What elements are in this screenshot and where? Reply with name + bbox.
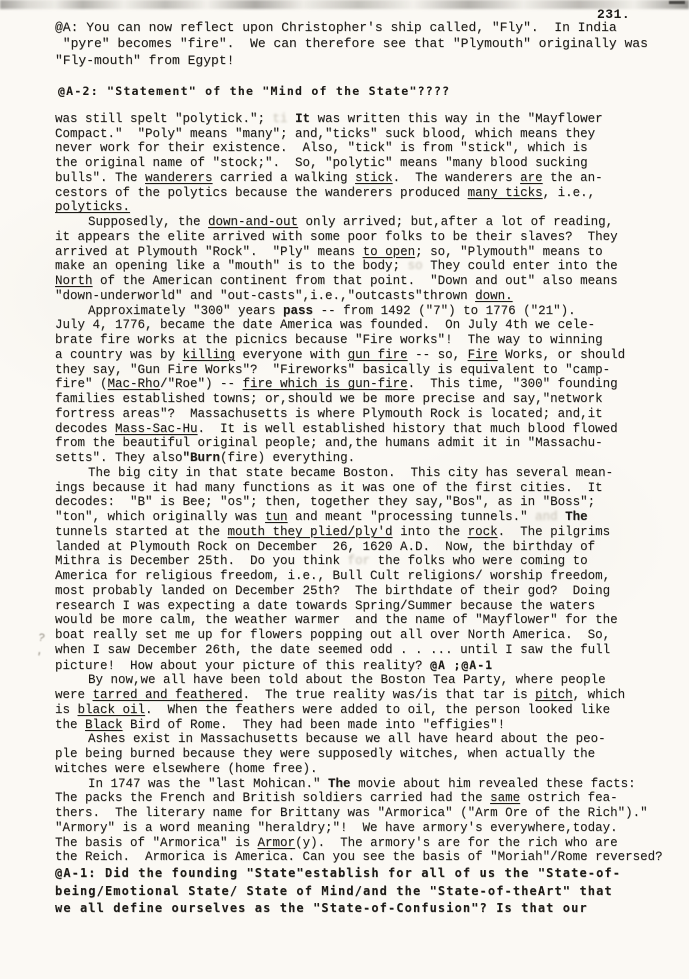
paragraph: By now,we all have been told about the B… <box>0 673 689 732</box>
text-segment: it appears the elite arrived with some p… <box>55 230 618 244</box>
underlined-text: North <box>55 274 93 288</box>
underlined-text: polyticks. <box>55 200 130 214</box>
underlined-text: black oil <box>78 703 146 717</box>
underlined-text: are <box>520 171 543 185</box>
text-line: decodes: "B" is Bee; "os"; then, togethe… <box>55 495 689 510</box>
text-line: In 1747 was the "last Mohican." The movi… <box>55 777 689 792</box>
text-segment: families established towns; or,should we… <box>55 392 603 406</box>
text-segment: ple being burned because they were suppo… <box>55 747 595 761</box>
text-segment: "ton", which originally was <box>55 510 265 524</box>
text-segment: . The wanderers <box>393 171 521 185</box>
text-line: picture! How about your picture of this … <box>55 658 689 674</box>
text-line: research I was expecting a date towards … <box>55 599 689 614</box>
underlined-text: mouth they plied/ply'd <box>228 525 393 539</box>
text-segment: ;@A-1 <box>453 658 493 672</box>
paragraph: @A: You can now reflect upon Christopher… <box>0 20 689 69</box>
text-line: The big city in that state became Boston… <box>55 466 689 481</box>
text-segment: the an- <box>543 171 603 185</box>
text-line: witches were elsewhere (home free). <box>55 762 689 777</box>
text-segment: when I saw December 26th, the date seeme… <box>55 643 610 657</box>
underlined-text: Armor <box>258 836 296 850</box>
text-line: polyticks. <box>55 200 689 215</box>
text-segment: was still spelt "polytick."; <box>55 112 273 126</box>
text-segment: was written this way in the "Mayflower <box>310 112 603 126</box>
text-segment: being/Emotional State/ State of Mind/and… <box>55 884 613 898</box>
text-line: fire" (Mac-Rho/"Roe") -- fire which is g… <box>55 377 689 392</box>
text-segment <box>558 510 566 524</box>
text-line: a country was by killing everyone with g… <box>55 348 689 363</box>
underlined-text: stick <box>355 171 393 185</box>
text-segment: The basis of "Armorica" is <box>55 836 258 850</box>
text-segment: @A <box>430 658 446 672</box>
underlined-text: tarred and feathered <box>93 688 243 702</box>
text-segment: Bird of Rome. They had been made into "e… <box>123 718 506 732</box>
text-line: "Fly-mouth" from Egypt! <box>55 53 689 69</box>
text-line: "Armory" is a word meaning "heraldry;"! … <box>55 821 689 836</box>
text-line: @A-2: "Statement" of the "Mind of the St… <box>58 83 689 99</box>
text-line: boat really set me up for flowers poppin… <box>55 628 689 643</box>
underlined-text: tun <box>265 510 288 524</box>
text-segment: would be more calm, the weather warmer a… <box>55 613 618 627</box>
text-line: they say, "Gun Fire Works"? "Fireworks" … <box>55 363 689 378</box>
text-segment: ostrich fea- <box>520 791 618 805</box>
text-line: we all define ourselves as the "State-of… <box>55 900 689 917</box>
text-line: "pyre" becomes "fire". We can therefore … <box>55 36 689 52</box>
text-line: families established towns; or,should we… <box>55 392 689 407</box>
text-line: were tarred and feathered. The true real… <box>55 688 689 703</box>
text-segment: fire" ( <box>55 377 108 391</box>
text-segment: thers. The literary name for Brittany wa… <box>55 806 648 820</box>
text-segment: only arrived; but,after a lot of reading… <box>298 215 613 229</box>
overtyped-text: The <box>565 510 588 524</box>
text-line: bulls". The wanderers carried a walking … <box>55 171 689 186</box>
text-line: never work for their existence. Also, "t… <box>55 141 689 156</box>
overtyped-text: The <box>328 777 351 791</box>
text-segment: is <box>55 703 78 717</box>
text-line: Ashes exist in Massachusetts because we … <box>55 732 689 747</box>
text-segment: (y). The armory's are for the rich who a… <box>295 836 618 850</box>
text-segment: movie about him revealed these facts: <box>351 777 636 791</box>
erased-text: for <box>348 554 371 568</box>
text-segment: setts". They also <box>55 451 183 465</box>
text-line: being/Emotional State/ State of Mind/and… <box>55 883 689 900</box>
text-line: decodes Mass-Sac-Hu. It is well establis… <box>55 422 689 437</box>
text-segment: we all define ourselves as the "State-of… <box>55 901 588 915</box>
underlined-text: to open <box>363 245 416 259</box>
erased-text: and <box>535 510 558 524</box>
text-line: America for religious freedom, i.e., Bul… <box>55 569 689 584</box>
overtyped-text: pass <box>283 304 313 318</box>
text-segment: They could enter into the <box>423 259 618 273</box>
text-line: Compact." "Poly" means "many"; and,"tick… <box>55 127 689 142</box>
text-segment: In 1747 was the "last Mohican." <box>88 777 328 791</box>
text-segment: Ashes exist in Massachusetts because we … <box>88 732 606 746</box>
text-line: landed at Plymouth Rock on December 26, … <box>55 540 689 555</box>
text-segment: , which <box>573 688 626 702</box>
text-segment: -- from 1492 ("7") to 1776 ("21"). <box>313 304 576 318</box>
text-segment: Compact." "Poly" means "many"; and,"tick… <box>55 127 595 141</box>
text-line: @A: You can now reflect upon Christopher… <box>55 20 689 36</box>
paragraph: @A-1: Did the founding "State"establish … <box>0 865 689 917</box>
text-segment: Mithra is December 25th. Do you think <box>55 554 348 568</box>
text-segment: from the beautiful original people; and,… <box>55 436 603 450</box>
overtyped-text: It <box>295 112 310 126</box>
text-segment: a country was by <box>55 348 183 362</box>
text-segment: everyone with <box>235 348 348 362</box>
text-line: most probably landed on December 25th? T… <box>55 584 689 599</box>
text-line: thers. The literary name for Brittany wa… <box>55 806 689 821</box>
text-segment: @A: You can now reflect upon Christopher… <box>55 20 617 35</box>
text-segment: -- so, <box>408 348 468 362</box>
text-segment: "Armory" is a word meaning "heraldry;"! … <box>55 821 618 835</box>
text-line: By now,we all have been told about the B… <box>55 673 689 688</box>
text-segment: Works, or should <box>498 348 626 362</box>
text-segment: ; so, "Plymouth" means to <box>415 245 603 259</box>
underlined-text: Mass-Sac-Hu <box>115 422 198 436</box>
text-segment: , i.e., <box>543 186 596 200</box>
text-segment: . The true reality was/is that tar is <box>243 688 536 702</box>
paragraph: The big city in that state became Boston… <box>0 466 689 674</box>
text-segment: @A-1: Did the founding "State"establish … <box>55 866 621 880</box>
underlined-text: down-and-out <box>208 215 298 229</box>
text-segment: . It is well established history that mu… <box>198 422 618 436</box>
underlined-text: rock <box>468 525 498 539</box>
underlined-text: Black <box>85 718 123 732</box>
text-segment: cestors of the polytics because the wand… <box>55 186 468 200</box>
text-segment: boat really set me up for flowers poppin… <box>55 628 610 642</box>
text-segment: and meant "processing tunnels." <box>288 510 536 524</box>
text-line: it appears the elite arrived with some p… <box>55 230 689 245</box>
text-segment: brate fire works at the picnics because … <box>55 333 603 347</box>
document-body: @A: You can now reflect upon Christopher… <box>0 20 689 917</box>
text-line: from the beautiful original people; and,… <box>55 436 689 451</box>
text-segment: arrived at Plymouth "Rock". "Ply" means <box>55 245 363 259</box>
text-segment: ings because it had many functions as it… <box>55 481 603 495</box>
text-segment: picture! How about your picture of this … <box>55 659 430 673</box>
text-line: setts". They also"Burn(fire) everything. <box>55 451 689 466</box>
underlined-text: gun fire <box>348 348 408 362</box>
paragraph: Approximately "300" years pass -- from 1… <box>0 304 689 466</box>
paragraph: @A-2: "Statement" of the "Mind of the St… <box>0 83 689 99</box>
text-segment: landed at Plymouth Rock on December 26, … <box>55 540 595 554</box>
text-segment <box>288 112 296 126</box>
text-segment: they say, "Gun Fire Works"? "Fireworks" … <box>55 363 610 377</box>
text-line: The packs the French and British soldier… <box>55 791 689 806</box>
text-line: the original name of "stock;". So, "poly… <box>55 156 689 171</box>
text-segment: fortress areas"? Massachusetts is where … <box>55 407 603 421</box>
text-line: cestors of the polytics because the wand… <box>55 186 689 201</box>
text-line: fortress areas"? Massachusetts is where … <box>55 407 689 422</box>
text-segment: The big city in that state became Boston… <box>88 466 613 480</box>
text-segment: research I was expecting a date towards … <box>55 599 595 613</box>
text-line: is black oil. When the feathers were add… <box>55 703 689 718</box>
text-line: Approximately "300" years pass -- from 1… <box>55 304 689 319</box>
text-segment: . When the feathers were added to oil, t… <box>145 703 610 717</box>
text-line: tunnels started at the mouth they plied/… <box>55 525 689 540</box>
text-segment: never work for their existence. Also, "t… <box>55 141 588 155</box>
text-line: @A-1: Did the founding "State"establish … <box>55 865 689 882</box>
underlined-text: fire which is gun-fire <box>243 377 408 391</box>
text-segment: of the American continent from that poin… <box>93 274 618 288</box>
text-segment: decodes <box>55 422 115 436</box>
text-segment: into the <box>393 525 468 539</box>
paragraph: Supposedly, the down-and-out only arrive… <box>0 215 689 304</box>
scan-edge-artifact <box>0 0 689 9</box>
underlined-text: wanderers <box>145 171 213 185</box>
text-segment: make an opening like a "mouth" is to the… <box>55 259 408 273</box>
text-segment: the <box>55 718 85 732</box>
text-segment: the folks who were coming to <box>370 554 588 568</box>
text-line: Supposedly, the down-and-out only arrive… <box>55 215 689 230</box>
text-segment: The packs the French and British soldier… <box>55 791 490 805</box>
document-page: 231. @A: You can now reflect upon Christ… <box>0 0 689 979</box>
underlined-text: Fire <box>468 348 498 362</box>
text-segment: Supposedly, the <box>88 215 208 229</box>
text-segment: America for religious freedom, i.e., Bul… <box>55 569 610 583</box>
paragraph: In 1747 was the "last Mohican." The movi… <box>0 777 689 866</box>
text-segment: bulls". The <box>55 171 145 185</box>
text-segment: "Fly-mouth" from Egypt! <box>55 53 234 68</box>
text-segment: July 4, 1776, became the date America wa… <box>55 318 595 332</box>
text-segment: @A-2: "Statement" of the "Mind of the St… <box>58 84 450 98</box>
text-segment: By now,we all have been told about the B… <box>88 673 606 687</box>
text-line: "down-underworld" and "out-casts",i.e.,"… <box>55 289 689 304</box>
text-line: the Black Bird of Rome. They had been ma… <box>55 718 689 733</box>
text-line: Mithra is December 25th. Do you think fo… <box>55 554 689 569</box>
text-line: would be more calm, the weather warmer a… <box>55 613 689 628</box>
text-line: ple being burned because they were suppo… <box>55 747 689 762</box>
text-segment: . This time, "300" founding <box>408 377 618 391</box>
text-line: The basis of "Armorica" is Armor(y). The… <box>55 836 689 851</box>
text-line: North of the American continent from tha… <box>55 274 689 289</box>
erased-text: so <box>408 259 423 273</box>
underlined-text: killing <box>183 348 236 362</box>
text-segment: witches were elsewhere (home free). <box>55 762 318 776</box>
text-segment: the Reich. Armorica is America. Can you … <box>55 850 663 864</box>
text-segment: carried a walking <box>213 171 356 185</box>
text-segment: the original name of "stock;". So, "poly… <box>55 156 588 170</box>
text-line: July 4, 1776, became the date America wa… <box>55 318 689 333</box>
text-segment: "down-underworld" and "out-casts",i.e.,"… <box>55 289 475 303</box>
text-segment: (fire) everything. <box>220 451 355 465</box>
text-line: brate fire works at the picnics because … <box>55 333 689 348</box>
underlined-text: same <box>490 791 520 805</box>
erased-text: ti <box>273 112 288 126</box>
text-segment: decodes: "B" is Bee; "os"; then, togethe… <box>55 495 595 509</box>
scan-edge-mark <box>669 1 685 4</box>
text-line: make an opening like a "mouth" is to the… <box>55 259 689 274</box>
text-segment: /"Roe") -- <box>160 377 243 391</box>
text-line: ings because it had many functions as it… <box>55 481 689 496</box>
underlined-text: down. <box>475 289 513 303</box>
underlined-text: many ticks <box>468 186 543 200</box>
paragraph: Ashes exist in Massachusetts because we … <box>0 732 689 776</box>
text-line: "ton", which originally was tun and mean… <box>55 510 689 525</box>
text-segment: . The pilgrims <box>498 525 611 539</box>
text-segment: Approximately "300" years <box>88 304 283 318</box>
text-segment: "pyre" becomes "fire". We can therefore … <box>55 36 648 51</box>
text-segment: were <box>55 688 93 702</box>
text-line: arrived at Plymouth "Rock". "Ply" means … <box>55 245 689 260</box>
text-segment: most probably landed on December 25th? T… <box>55 584 610 598</box>
text-line: the Reich. Armorica is America. Can you … <box>55 850 689 865</box>
underlined-text: Mac-Rho <box>108 377 161 391</box>
text-segment: tunnels started at the <box>55 525 228 539</box>
underlined-text: pitch <box>535 688 573 702</box>
overtyped-text: "Burn <box>183 451 221 465</box>
text-line: when I saw December 26th, the date seeme… <box>55 643 689 658</box>
text-line: was still spelt "polytick."; ti It was w… <box>55 112 689 127</box>
paragraph: was still spelt "polytick."; ti It was w… <box>0 112 689 215</box>
